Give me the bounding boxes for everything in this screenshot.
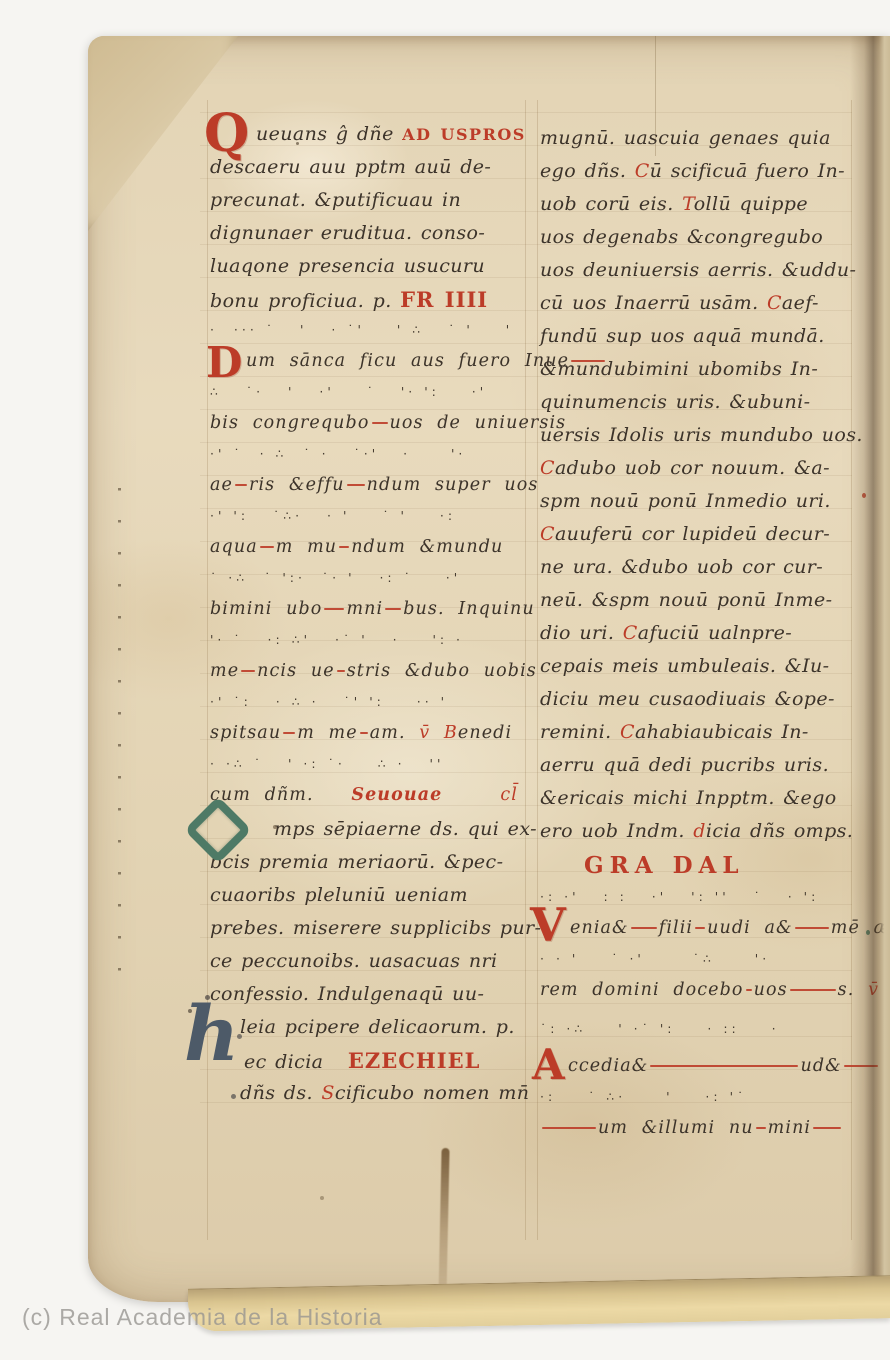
manuscript-text: remini. <box>540 721 620 743</box>
illuminated-initial-D: D <box>206 342 242 384</box>
manuscript-text: ū scificuā fuero In- <box>650 160 845 182</box>
manuscript-text: precunat. &putificuau in <box>210 189 461 211</box>
rubric-text: FR IIII <box>400 287 488 312</box>
rubric-text: C <box>540 523 555 545</box>
illuminated-initial-A: A <box>532 1044 565 1086</box>
manuscript-text: dio uri. <box>540 622 623 644</box>
manuscript-line: um &illumi numini <box>540 1110 858 1146</box>
manuscript-text: ahabiaubicais In- <box>635 721 809 743</box>
manuscript-text: auuferū cor lupideū decur- <box>555 523 830 545</box>
manuscript-text: cum dñm. <box>210 785 327 805</box>
spacer <box>332 1067 348 1068</box>
manuscript-text: leia pcipere delicaorum. p. <box>240 1016 515 1038</box>
manuscript-text: rem domini docebo <box>540 980 744 1000</box>
rubric-text: cl̄ <box>500 785 518 805</box>
text-column-left: ueuans ĝ dñe AD USPROSdescaeru auu pptm … <box>210 118 532 1110</box>
manuscript-text: luaqone presencia usucuru <box>210 255 485 277</box>
manuscript-line: &mundubimini ubomibs In- <box>540 353 858 386</box>
manuscript-text: ccedia& <box>568 1056 648 1076</box>
neume-line: · ·∴ ˙ ' ·: ˙· ∴ · '' <box>210 751 532 777</box>
red-extender-line <box>756 1127 766 1130</box>
illuminated-initial-V: V <box>530 902 566 948</box>
manuscript-line: descaeru auu pptm auū de- <box>210 151 532 184</box>
manuscript-text: aef- <box>782 292 819 314</box>
manuscript-text: bcis premia meriaorū. &pec- <box>210 851 503 873</box>
stain-streak <box>438 1148 449 1300</box>
manuscript-line: bonu proficiua. p. FR IIII <box>210 283 532 317</box>
manuscript-line: cū uos Inaerrū usām. Caef- <box>540 287 858 320</box>
manuscript-text: ec dicia <box>244 1051 332 1073</box>
red-extender-line <box>339 546 349 549</box>
manuscript-line: uob corū eis. Tollū quippe <box>540 188 858 221</box>
rubric-text: C <box>623 622 638 644</box>
parchment-page: ueuans ĝ dñe AD USPROSdescaeru auu pptm … <box>88 36 890 1302</box>
manuscript-line: mencis uestris &dubo uobis <box>210 653 532 689</box>
manuscript-line: mps sēpiaerne ds. qui ex- <box>210 813 532 846</box>
manuscript-text: stris &dubo uobis <box>347 661 537 681</box>
manuscript-text: uos degenabs &congregubo <box>540 226 823 248</box>
manuscript-line: dignunaer eruditua. conso- <box>210 217 532 250</box>
manuscript-text: mugnū. uascuia genaes quia <box>540 127 831 149</box>
manuscript-line: cepais meis umbuleais. &Iu- <box>540 650 858 683</box>
page-gutter-shadow <box>850 36 890 1302</box>
manuscript-line: um sānca ficu aus fuero Inue <box>210 343 532 379</box>
red-extender-line <box>542 1127 596 1130</box>
rubric-text: T <box>682 193 694 215</box>
manuscript-text: fundū sup uos aquā mundā. <box>540 325 825 347</box>
manuscript-text: &mundubimini ubomibs In- <box>540 358 818 380</box>
manuscript-text: dignunaer eruditua. conso- <box>210 222 485 244</box>
red-extender-line <box>337 670 345 673</box>
manuscript-line: prebes. miserere supplicibs pur- <box>210 912 532 945</box>
manuscript-line: precunat. &putificuau in <box>210 184 532 217</box>
manuscript-line: bimini ubomnibus. Inquinu <box>210 591 532 627</box>
copyright-watermark: (c) Real Academia de la Historia <box>22 1304 383 1331</box>
red-extender-line <box>324 608 344 611</box>
manuscript-text: ce peccunoibs. uasacuas nri <box>210 950 497 972</box>
manuscript-line: ccedia&ud& <box>540 1048 858 1084</box>
manuscript-line: rem domini docebouoss. v̄ <box>540 972 858 1008</box>
neume-line: ·' ˙: · ∴ · ˙' ': ·· ' <box>210 689 532 715</box>
manuscript-text: ncis ue <box>257 661 335 681</box>
manuscript-text: confessio. Indulgenaqū uu- <box>210 983 484 1005</box>
rubric-text: GRA DAL <box>584 852 745 879</box>
manuscript-text: cuaoribs pleluniū ueniam <box>210 884 468 906</box>
red-extender-line <box>746 989 752 992</box>
manuscript-line: ego dñs. Cū scificuā fuero In- <box>540 155 858 188</box>
rubric-text: d <box>693 820 706 842</box>
pricking-marks <box>118 488 121 980</box>
manuscript-text: am. <box>370 723 420 743</box>
manuscript-line: aerru quā dedi pucribs uris. <box>540 749 858 782</box>
rubric-text: EZECHIEL <box>348 1048 481 1073</box>
manuscript-text: ne ura. &dubo uob cor cur- <box>540 556 823 578</box>
manuscript-text: neū. &spm nouū ponū Inme- <box>540 589 832 611</box>
red-extender-line <box>650 1065 798 1068</box>
manuscript-text: mps sēpiaerne ds. qui ex- <box>274 818 537 840</box>
manuscript-line: bis congrequbouos de uniuersis <box>210 405 532 441</box>
red-extender-line <box>260 546 274 549</box>
manuscript-line: confessio. Indulgenaqū uu- <box>210 978 532 1011</box>
red-extender-line <box>631 927 657 930</box>
red-extender-line <box>695 927 705 930</box>
manuscript-text: &ericais michi Inpptm. &ego <box>540 787 837 809</box>
manuscript-line: fundū sup uos aquā mundā. <box>540 320 858 353</box>
manuscript-line: cuaoribs pleluniū ueniam <box>210 879 532 912</box>
manuscript-text: um &illumi nu <box>598 1118 754 1138</box>
manuscript-line: ec dicia EZECHIEL <box>210 1044 532 1077</box>
manuscript-text: ollū quippe <box>694 193 808 215</box>
manuscript-line: diciu meu cusaodiuais &ope- <box>540 683 858 716</box>
manuscript-text: enedi <box>458 723 512 743</box>
manuscript-line: mugnū. uascuia genaes quia <box>540 122 858 155</box>
manuscript-text: cificubo nomen mn̄ <box>335 1082 530 1104</box>
rubric-text: C <box>620 721 635 743</box>
manuscript-text: aerru quā dedi pucribs uris. <box>540 754 829 776</box>
neume-line: ·: ˙ ∴· ' ·: '˙ <box>540 1084 858 1110</box>
manuscript-line: Cadubo uob cor nouum. &a- <box>540 452 858 485</box>
manuscript-line: uersis Idolis uris mundubo uos. <box>540 419 858 452</box>
manuscript-text: icia dñs omps. <box>706 820 853 842</box>
speck <box>320 1196 324 1200</box>
manuscript-line: dio uri. Cafuciū ualnpre- <box>540 617 858 650</box>
manuscript-text: uos <box>754 980 788 1000</box>
manuscript-text: ae <box>210 475 233 495</box>
red-extender-line <box>360 732 368 735</box>
manuscript-text: uob corū eis. <box>540 193 682 215</box>
manuscript-text: spm nouū ponū Inmedio uri. <box>540 490 831 512</box>
manuscript-text: cepais meis umbuleais. &Iu- <box>540 655 829 677</box>
red-extender-line <box>241 670 255 673</box>
manuscript-line: dñs ds. Scificubo nomen mn̄ <box>210 1077 532 1110</box>
manuscript-line: enia&filiiuudi a&mē æme <box>540 910 858 946</box>
red-extender-line <box>347 484 365 487</box>
manuscript-text: uersis Idolis uris mundubo uos. <box>540 424 863 446</box>
red-extender-line <box>283 732 295 735</box>
manuscript-scan: ueuans ĝ dñe AD USPROSdescaeru auu pptm … <box>0 0 890 1360</box>
manuscript-text: m me <box>297 723 358 743</box>
manuscript-text: diciu meu cusaodiuais &ope- <box>540 688 835 710</box>
manuscript-text: bus. Inquinu <box>403 599 535 619</box>
neume-line: ·: ·' : : ·' ': '' ˙ · ': <box>540 884 858 910</box>
manuscript-line: aeris &effundum super uos <box>210 467 532 503</box>
manuscript-line: spm nouū ponū Inmedio uri. <box>540 485 858 518</box>
manuscript-text: descaeru auu pptm auū de- <box>210 156 491 178</box>
text-column-right: mugnū. uascuia genaes quiaego dñs. Cū sc… <box>540 122 858 1146</box>
manuscript-text: bimini ubo <box>210 599 322 619</box>
manuscript-text: aqua <box>210 537 258 557</box>
manuscript-text: uudi a& <box>707 918 793 938</box>
manuscript-text: ndum super uos <box>367 475 539 495</box>
red-extender-line <box>795 927 829 930</box>
neume-line: ∴ ˙· ' ·' ˙ '· ': ·' <box>210 379 532 405</box>
manuscript-line: ueuans ĝ dñe AD USPROS <box>210 118 532 151</box>
red-extender-line <box>385 608 401 611</box>
manuscript-line: ce peccunoibs. uasacuas nri <box>210 945 532 978</box>
rubric-text: C <box>540 457 555 479</box>
red-extender-line <box>813 1127 841 1130</box>
neume-line: · ··· ˙ ' · ˙' ' ∴ ˙ ' ' <box>210 317 532 343</box>
manuscript-text: ego dñs. <box>540 160 635 182</box>
rubric-text: Seuouae <box>351 785 442 805</box>
neume-line: ˙ ·∴ ˙ ':· ˙· ' ·: ˙ ·' <box>210 565 532 591</box>
manuscript-line: cum dñm. Seuouaecl̄ <box>210 777 532 813</box>
manuscript-line: neū. &spm nouū ponū Inme- <box>540 584 858 617</box>
manuscript-line: luaqone presencia usucuru <box>210 250 532 283</box>
rubric-text: S <box>321 1082 334 1104</box>
manuscript-text: prebes. miserere supplicibs pur- <box>210 917 541 939</box>
manuscript-text: dñs ds. <box>240 1082 321 1104</box>
manuscript-text: spitsau <box>210 723 281 743</box>
manuscript-line: spitsaum meam. v̄ Benedi <box>210 715 532 751</box>
neume-line: '· ˙ ·: ∴' ·˙ ' · ': · <box>210 627 532 653</box>
manuscript-text: m mu <box>276 537 337 557</box>
manuscript-line: ero uob Indm. dicia dñs omps. <box>540 815 858 848</box>
neume-line: ·' ': ˙∴· · ' ˙ ' ·: <box>210 503 532 529</box>
manuscript-text: me <box>210 661 239 681</box>
rubric-text: C <box>635 160 650 182</box>
manuscript-text: bonu proficiua. p. <box>210 290 400 312</box>
manuscript-line: uos deuniuersis aerris. &uddu- <box>540 254 858 287</box>
manuscript-line: ne ura. &dubo uob cor cur- <box>540 551 858 584</box>
neume-line: ·' ˙ · ∴ ˙ · ˙·' · '· <box>210 441 532 467</box>
manuscript-text: enia& <box>570 918 629 938</box>
manuscript-text: adubo uob cor nouum. &a- <box>555 457 830 479</box>
neume-line: ˙: ·∴ ' ·˙ ': · :: · <box>540 1016 858 1042</box>
illuminated-initial-h: h <box>184 996 239 1072</box>
manuscript-text: quinumencis uris. &ubuni- <box>540 391 810 413</box>
illuminated-initial-Q: Q <box>204 108 249 160</box>
manuscript-text: ero uob Indm. <box>540 820 693 842</box>
spacer <box>327 799 351 800</box>
manuscript-text: ndum &mundu <box>351 537 503 557</box>
red-extender-line <box>790 989 836 992</box>
manuscript-line: bcis premia meriaorū. &pec- <box>210 846 532 879</box>
rubric-text: v̄ B <box>419 723 458 743</box>
manuscript-text: ueuans ĝ dñe <box>256 123 402 145</box>
manuscript-text: uos deuniuersis aerris. &uddu- <box>540 259 856 281</box>
neume-line: · · ' ˙ ·' ˙∴ '· <box>540 946 858 972</box>
red-extender-line <box>235 484 247 487</box>
manuscript-line: leia pcipere delicaorum. p. <box>210 1011 532 1044</box>
manuscript-text: afuciū ualnpre- <box>638 622 792 644</box>
manuscript-line: Cauuferū cor lupideū decur- <box>540 518 858 551</box>
manuscript-line: &ericais michi Inpptm. &ego <box>540 782 858 815</box>
manuscript-text: mni <box>346 599 383 619</box>
manuscript-text: ris &effu <box>249 475 345 495</box>
manuscript-text: mini <box>768 1118 811 1138</box>
manuscript-line: aquam mundum &mundu <box>210 529 532 565</box>
scan-background: { "document": { "kind": "medieval Latin … <box>0 0 890 1360</box>
rubric-text: AD USPROS <box>402 125 526 144</box>
red-extender-line <box>372 422 388 425</box>
manuscript-text: ud& <box>800 1056 841 1076</box>
spacer <box>442 799 500 800</box>
manuscript-line: uos degenabs &congregubo <box>540 221 858 254</box>
manuscript-text: cū uos Inaerrū usām. <box>540 292 767 314</box>
manuscript-text: bis congrequbo <box>210 413 370 433</box>
manuscript-text: um sānca ficu aus fuero Inue <box>246 351 569 371</box>
manuscript-line: quinumencis uris. &ubuni- <box>540 386 858 419</box>
manuscript-text: filii <box>659 918 693 938</box>
manuscript-line: remini. Cahabiaubicais In- <box>540 716 858 749</box>
rubric-text: C <box>767 292 782 314</box>
manuscript-line: GRA DAL <box>540 848 858 884</box>
